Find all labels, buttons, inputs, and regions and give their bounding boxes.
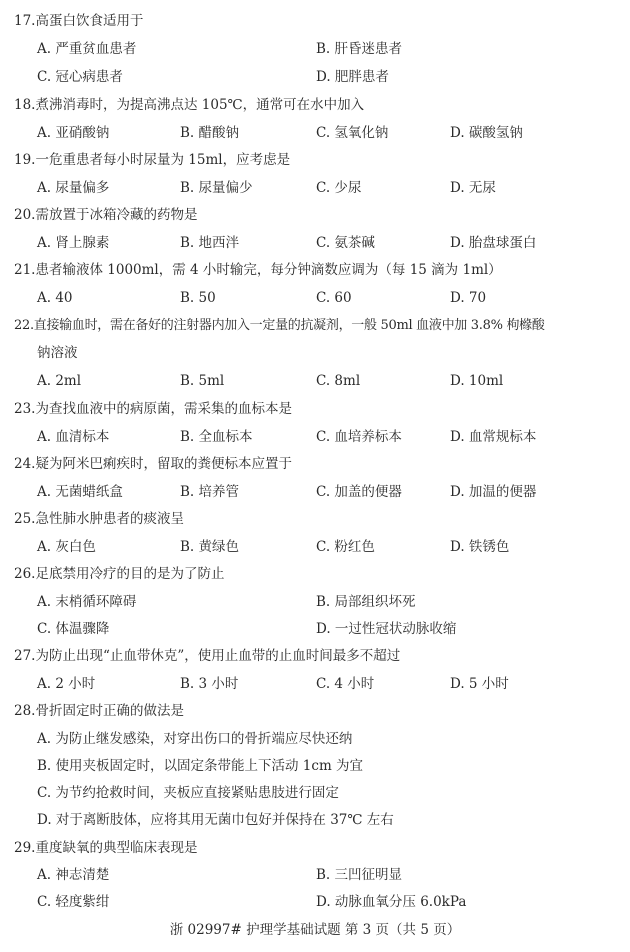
q25-option-d[interactable]: D. 铁锈色 bbox=[450, 534, 509, 561]
question-24: 24.疑为阿米巴痢疾时，留取的粪便标本应置于 bbox=[14, 451, 292, 478]
q23-option-d[interactable]: D. 血常规标本 bbox=[450, 424, 536, 451]
question-29: 29.重度缺氧的典型临床表现是 bbox=[14, 835, 197, 862]
q28-option-c[interactable]: C. 为节约抢救时间，夹板应直接紧贴患肢进行固定 bbox=[37, 780, 339, 807]
q26-option-a[interactable]: A. 末梢循环障碍 bbox=[37, 589, 136, 616]
q28-option-a[interactable]: A. 为防止继发感染，对穿出伤口的骨折端应尽快还纳 bbox=[37, 726, 352, 753]
q24-option-b[interactable]: B. 培养管 bbox=[180, 479, 239, 506]
q25-option-b[interactable]: B. 黄绿色 bbox=[180, 534, 239, 561]
q22-option-a[interactable]: A. 2ml bbox=[37, 368, 81, 395]
q25-option-a[interactable]: A. 灰白色 bbox=[37, 534, 96, 561]
question-22: 22.直接输血时，需在备好的注射器内加入一定量的抗凝剂，一般 50ml 血液中加… bbox=[14, 312, 545, 339]
q20-option-a[interactable]: A. 肾上腺素 bbox=[37, 230, 109, 257]
q20-option-d[interactable]: D. 胎盘球蛋白 bbox=[450, 230, 536, 257]
q21-option-c[interactable]: C. 60 bbox=[316, 285, 352, 312]
q26-option-b[interactable]: B. 局部组织坏死 bbox=[316, 589, 416, 616]
q21-option-a[interactable]: A. 40 bbox=[37, 285, 73, 312]
question-25: 25.急性肺水肿患者的痰液呈 bbox=[14, 506, 184, 533]
question-21: 21.患者输液体 1000ml，需 4 小时输完，每分钟滴数应调为（每 15 滴… bbox=[14, 257, 502, 284]
q24-option-c[interactable]: C. 加盖的便器 bbox=[316, 479, 402, 506]
question-19: 19.一危重患者每小时尿量为 15ml，应考虑是 bbox=[14, 147, 290, 174]
q20-option-c[interactable]: C. 氨茶碱 bbox=[316, 230, 375, 257]
question-22-continuation: 钠溶液 bbox=[37, 340, 78, 367]
q25-option-c[interactable]: C. 粉红色 bbox=[316, 534, 375, 561]
q26-option-c[interactable]: C. 体温骤降 bbox=[37, 616, 109, 643]
question-23: 23.为查找血液中的病原菌，需采集的血标本是 bbox=[14, 396, 292, 423]
q19-option-b[interactable]: B. 尿量偏少 bbox=[180, 175, 253, 202]
q21-option-d[interactable]: D. 70 bbox=[450, 285, 486, 312]
question-28: 28.骨折固定时正确的做法是 bbox=[14, 698, 184, 725]
question-18: 18.煮沸消毒时，为提高沸点达 105℃，通常可在水中加入 bbox=[14, 92, 364, 119]
q29-option-a[interactable]: A. 神志清楚 bbox=[37, 862, 109, 889]
q27-option-c[interactable]: C. 4 小时 bbox=[316, 671, 374, 698]
q17-option-d[interactable]: D. 肥胖患者 bbox=[316, 64, 389, 91]
q19-option-c[interactable]: C. 少尿 bbox=[316, 175, 361, 202]
q28-option-d[interactable]: D. 对于离断肢体，应将其用无菌巾包好并保持在 37℃ 左右 bbox=[37, 807, 394, 834]
q22-option-c[interactable]: C. 8ml bbox=[316, 368, 360, 395]
q18-option-d[interactable]: D. 碳酸氢钠 bbox=[450, 120, 523, 147]
q28-option-b[interactable]: B. 使用夹板固定时，以固定条带能上下活动 1cm 为宜 bbox=[37, 753, 363, 780]
q17-option-c[interactable]: C. 冠心病患者 bbox=[37, 64, 123, 91]
q22-option-b[interactable]: B. 5ml bbox=[180, 368, 224, 395]
question-27: 27.为防止出现“止血带休克”，使用止血带的止血时间最多不超过 bbox=[14, 643, 400, 670]
q27-option-b[interactable]: B. 3 小时 bbox=[180, 671, 238, 698]
q26-option-d[interactable]: D. 一过性冠状动脉收缩 bbox=[316, 616, 456, 643]
q24-option-a[interactable]: A. 无菌蜡纸盒 bbox=[37, 479, 123, 506]
question-17: 17.高蛋白饮食适用于 bbox=[14, 8, 143, 35]
q19-option-a[interactable]: A. 尿量偏多 bbox=[37, 175, 109, 202]
q29-option-c[interactable]: C. 轻度紫绀 bbox=[37, 889, 109, 916]
q29-option-d[interactable]: D. 动脉血氧分压 6.0kPa bbox=[316, 889, 466, 916]
q18-option-b[interactable]: B. 醋酸钠 bbox=[180, 120, 239, 147]
q17-option-b[interactable]: B. 肝昏迷患者 bbox=[316, 36, 402, 63]
q27-option-a[interactable]: A. 2 小时 bbox=[37, 671, 95, 698]
question-26: 26.足底禁用冷疗的目的是为了防止 bbox=[14, 561, 224, 588]
q18-option-a[interactable]: A. 亚硝酸钠 bbox=[37, 120, 109, 147]
q17-option-a[interactable]: A. 严重贫血患者 bbox=[37, 36, 136, 63]
q18-option-c[interactable]: C. 氢氧化钠 bbox=[316, 120, 388, 147]
q23-option-b[interactable]: B. 全血标本 bbox=[180, 424, 253, 451]
page-footer: 浙 02997# 护理学基础试题 第 3 页（共 5 页） bbox=[0, 917, 630, 944]
q20-option-b[interactable]: B. 地西泮 bbox=[180, 230, 239, 257]
q23-option-c[interactable]: C. 血培养标本 bbox=[316, 424, 402, 451]
q22-option-d[interactable]: D. 10ml bbox=[450, 368, 503, 395]
q27-option-d[interactable]: D. 5 小时 bbox=[450, 671, 509, 698]
q24-option-d[interactable]: D. 加温的便器 bbox=[450, 479, 536, 506]
q19-option-d[interactable]: D. 无尿 bbox=[450, 175, 496, 202]
q21-option-b[interactable]: B. 50 bbox=[180, 285, 216, 312]
q23-option-a[interactable]: A. 血清标本 bbox=[37, 424, 109, 451]
q29-option-b[interactable]: B. 三凹征明显 bbox=[316, 862, 402, 889]
question-20: 20.需放置于冰箱冷藏的药物是 bbox=[14, 202, 197, 229]
